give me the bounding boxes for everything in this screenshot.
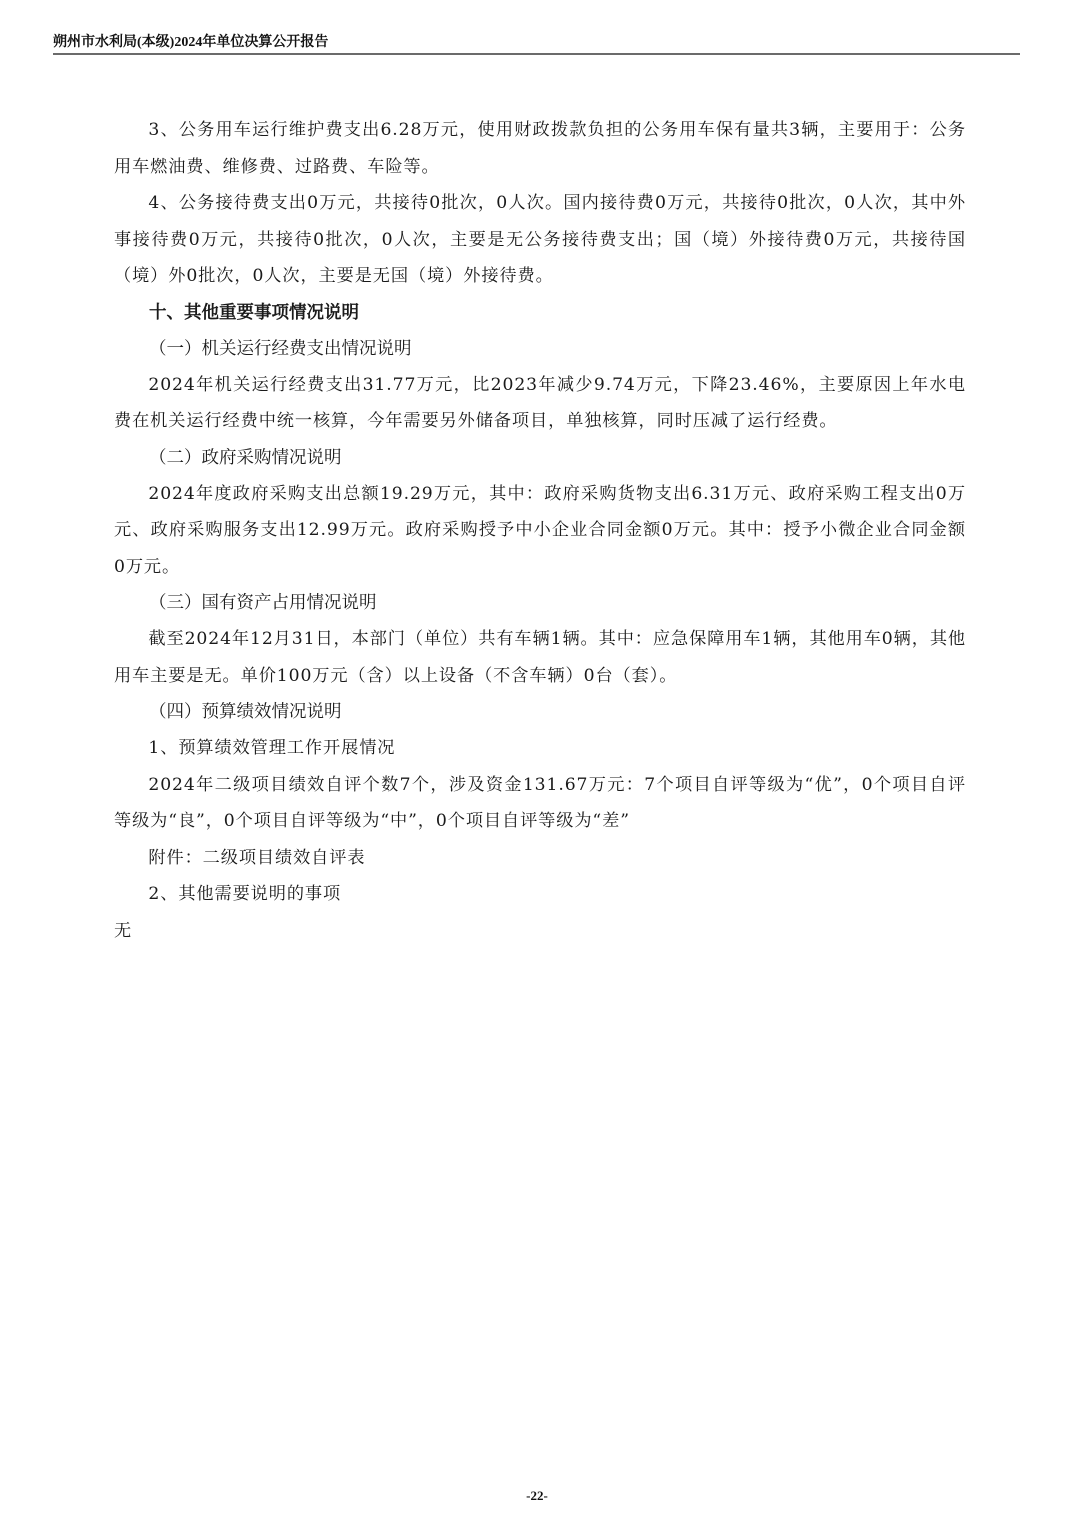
paragraph-performance-self-evaluation: 2024年二级项目绩效自评个数7个，涉及资金131.67万元：7个项目自评等级为… — [114, 767, 966, 840]
document-body: 3、公务用车运行维护费支出6.28万元，使用财政拨款负担的公务用车保有量共3辆，… — [114, 112, 966, 949]
paragraph-procurement: 2024年度政府采购支出总额19.29万元，其中：政府采购货物支出6.31万元、… — [114, 476, 966, 586]
paragraph-reception-expenses: 4、公务接待费支出0万元，共接待0批次，0人次。国内接待费0万元，共接待0批次，… — [114, 185, 966, 295]
subsection-heading-state-assets: （三）国有资产占用情况说明 — [114, 585, 966, 621]
page-number: -22- — [0, 1488, 1074, 1504]
paragraph-other-matters-none: 无 — [114, 913, 966, 950]
item-heading-other-matters: 2、其他需要说明的事项 — [114, 876, 966, 913]
subsection-heading-procurement: （二）政府采购情况说明 — [114, 440, 966, 476]
subsection-heading-operating-expenses: （一）机关运行经费支出情况说明 — [114, 331, 966, 367]
subsection-heading-budget-performance: （四）预算绩效情况说明 — [114, 694, 966, 730]
section-heading-other-matters: 十、其他重要事项情况说明 — [114, 295, 966, 331]
paragraph-state-assets: 截至2024年12月31日，本部门（单位）共有车辆1辆。其中：应急保障用车1辆，… — [114, 621, 966, 694]
header-divider — [53, 53, 1020, 55]
paragraph-operating-expenses: 2024年机关运行经费支出31.77万元，比2023年减少9.74万元，下降23… — [114, 367, 966, 440]
paragraph-vehicle-maintenance: 3、公务用车运行维护费支出6.28万元，使用财政拨款负担的公务用车保有量共3辆，… — [114, 112, 966, 185]
running-header-title: 朔州市水利局(本级)2024年单位决算公开报告 — [53, 31, 328, 51]
item-heading-performance-management: 1、预算绩效管理工作开展情况 — [114, 730, 966, 767]
attachment-note: 附件：二级项目绩效自评表 — [114, 840, 966, 877]
